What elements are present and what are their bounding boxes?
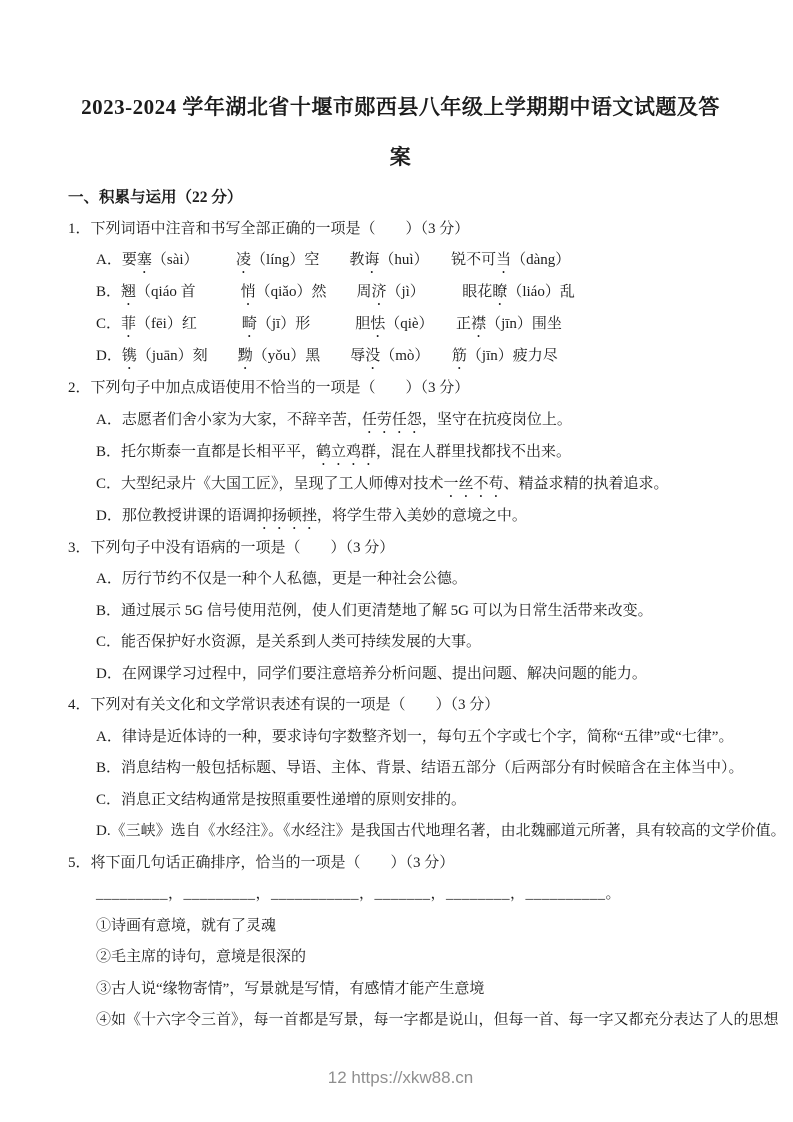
question-2-option-c: C．大型纪录片《大国工匠》，呈现了工人师傅对技术一丝不苟、精益求精的执着追求。 bbox=[96, 469, 733, 501]
question-5-answer-blanks: _________，_________，___________，_______，… bbox=[96, 879, 733, 911]
question-5-sentence-2: ②毛主席的诗句，意境是很深的 bbox=[96, 942, 733, 974]
question-1-stem: 1．下列词语中注音和书写全部正确的一项是（ ）（3 分） bbox=[68, 214, 733, 246]
question-2-stem: 2．下列句子中加点成语使用不恰当的一项是（ ）（3 分） bbox=[68, 373, 733, 405]
question-5-stem: 5．将下面几句话正确排序，恰当的一项是（ ）（3 分） bbox=[68, 848, 733, 880]
question-3-option-a: A．厉行节约不仅是一种个人私德，更是一种社会公德。 bbox=[96, 564, 733, 596]
question-1-option-a: A．要塞（sài） 凌（líng）空 教诲（huì） 锐不可当（dàng） bbox=[96, 245, 733, 277]
question-3-option-d: D．在网课学习过程中，同学们要注意培养分析问题、提出问题、解决问题的能力。 bbox=[96, 659, 733, 691]
page-title-line-2: 案 bbox=[68, 132, 733, 182]
page-title: 2023-2024 学年湖北省十堰市郧西县八年级上学期期中语文试题及答 案 bbox=[68, 82, 733, 182]
question-3-stem: 3．下列句子中没有语病的一项是（ ）（3 分） bbox=[68, 533, 733, 565]
question-3-option-c: C．能否保护好水资源，是关系到人类可持续发展的大事。 bbox=[96, 627, 733, 659]
question-5-sentence-1: ①诗画有意境，就有了灵魂 bbox=[96, 911, 733, 943]
question-1-option-d: D．镌（juān）刻 黝（yǒu）黑 辱没（mò） 筋（jīn）疲力尽 bbox=[96, 341, 733, 373]
section-heading: 一、积累与运用（22 分） bbox=[68, 182, 733, 214]
question-4-option-a: A．律诗是近体诗的一种，要求诗句字数整齐划一，每句五个字或七个字，简称“五律”或… bbox=[96, 722, 733, 754]
page-title-line-1: 2023-2024 学年湖北省十堰市郧西县八年级上学期期中语文试题及答 bbox=[68, 82, 733, 132]
question-3-option-b: B．通过展示 5G 信号使用范例，使人们更清楚地了解 5G 可以为日常生活带来改… bbox=[96, 596, 733, 628]
page-footer-watermark: 12 https://xkw88.cn bbox=[68, 1067, 733, 1089]
question-2-option-d: D．那位教授讲课的语调抑扬顿挫，将学生带入美妙的意境之中。 bbox=[96, 501, 733, 533]
question-4-option-d: D.《三峡》选自《水经注》。《水经注》是我国古代地理名著，由北魏郦道元所著，具有… bbox=[96, 816, 733, 848]
exam-page: 2023-2024 学年湖北省十堰市郧西县八年级上学期期中语文试题及答 案 一、… bbox=[0, 0, 793, 1122]
question-4-option-b: B．消息结构一般包括标题、导语、主体、背景、结语五部分（后两部分有时候暗含在主体… bbox=[96, 753, 733, 785]
question-4-stem: 4．下列对有关文化和文学常识表述有误的一项是（ ）（3 分） bbox=[68, 690, 733, 722]
question-1-option-b: B．翘（qiáo 首 悄（qiǎo）然 周济（jì） 眼花瞭（liáo）乱 bbox=[96, 277, 733, 309]
question-2-option-b: B．托尔斯泰一直都是长相平平，鹤立鸡群，混在人群里找都找不出来。 bbox=[96, 437, 733, 469]
question-2-option-a: A．志愿者们舍小家为大家，不辞辛苦，任劳任怨，坚守在抗疫岗位上。 bbox=[96, 405, 733, 437]
question-5-sentence-4: ④如《十六字令三首》，每一首都是写景，每一字都是说山，但每一首、每一字又都充分表… bbox=[96, 1005, 733, 1037]
question-4-option-c: C．消息正文结构通常是按照重要性递增的原则安排的。 bbox=[96, 785, 733, 817]
question-1-option-c: C．菲（fēi）红 畸（jī）形 胆怯（qiè） 正襟（jīn）围坐 bbox=[96, 309, 733, 341]
question-5-sentence-3: ③古人说“缘物寄情”，写景就是写情，有感情才能产生意境 bbox=[96, 974, 733, 1006]
